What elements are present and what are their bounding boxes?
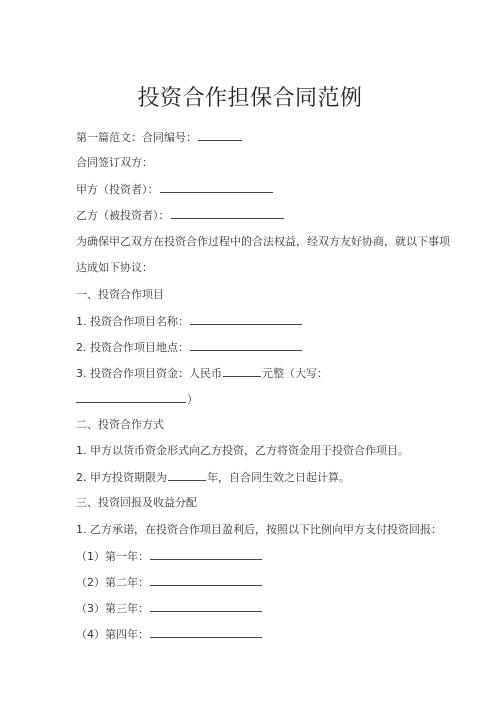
year-1-blank[interactable]	[150, 548, 262, 560]
project-funds-prefix: 3. 投资合作项目资金：人民币	[76, 367, 222, 380]
document-title: 投资合作担保合同范例	[0, 84, 500, 114]
parties-label: 合同签订双方：	[76, 155, 153, 171]
contract-number-label: 第一篇范文：合同编号：	[76, 131, 197, 144]
investment-term-prefix: 2. 甲方投资期限为	[76, 471, 167, 484]
year-3-blank[interactable]	[150, 600, 262, 612]
party-b-blank[interactable]	[171, 207, 284, 219]
project-funds-capital-blank[interactable]	[76, 391, 186, 403]
project-location-label: 2. 投资合作项目地点：	[76, 341, 189, 354]
section-1-heading: 一、投资合作项目	[76, 287, 164, 303]
contract-number-blank[interactable]	[198, 129, 242, 141]
investment-form-line: 1. 甲方以货币资金形式向乙方投资，乙方将资金用于投资合作项目。	[76, 443, 409, 459]
section-3-heading: 三、投资回报及收益分配	[76, 495, 197, 511]
preamble-line-1: 为确保甲乙双方在投资合作过程中的合法权益，经双方友好协商，就以下事项	[76, 234, 450, 250]
year-4-blank[interactable]	[150, 626, 262, 638]
year-2-line: （2）第二年：	[76, 574, 263, 591]
year-1-label: （1）第一年：	[76, 550, 149, 563]
returns-commitment-line: 1. 乙方承诺，在投资合作项目盈利后，按照以下比例向甲方支付投资回报：	[76, 522, 442, 538]
party-a-label: 甲方（投资者）：	[76, 183, 159, 196]
project-funds-capital-line: ）	[76, 391, 198, 408]
year-2-blank[interactable]	[150, 574, 262, 586]
project-name-label: 1. 投资合作项目名称：	[76, 315, 189, 328]
project-name-blank[interactable]	[190, 313, 302, 325]
contract-number-line: 第一篇范文：合同编号：	[76, 129, 243, 146]
party-a-line: 甲方（投资者）：	[76, 181, 274, 198]
year-4-label: （4）第四年：	[76, 628, 149, 641]
project-location-line: 2. 投资合作项目地点：	[76, 339, 303, 356]
year-3-label: （3）第三年：	[76, 602, 149, 615]
project-funds-line: 3. 投资合作项目资金：人民币元整（大写：	[76, 365, 328, 382]
party-b-line: 乙方（被投资者）：	[76, 207, 285, 224]
year-2-label: （2）第二年：	[76, 576, 149, 589]
party-a-blank[interactable]	[160, 181, 273, 193]
project-location-blank[interactable]	[190, 339, 302, 351]
investment-term-line: 2. 甲方投资期限为年，自合同生效之日起计算。	[76, 469, 350, 486]
party-b-label: 乙方（被投资者）：	[76, 209, 170, 222]
investment-term-blank[interactable]	[168, 469, 206, 481]
project-funds-suffix: ）	[187, 393, 198, 406]
year-3-line: （3）第三年：	[76, 600, 263, 617]
year-1-line: （1）第一年：	[76, 548, 263, 565]
preamble-line-2: 达成如下协议：	[76, 260, 153, 276]
year-4-line: （4）第四年：	[76, 626, 263, 643]
project-funds-amount-blank[interactable]	[223, 365, 261, 377]
project-name-line: 1. 投资合作项目名称：	[76, 313, 303, 330]
section-2-heading: 二、投资合作方式	[76, 417, 164, 433]
investment-term-suffix: 年，自合同生效之日起计算。	[207, 471, 350, 484]
project-funds-mid: 元整（大写：	[262, 367, 328, 380]
